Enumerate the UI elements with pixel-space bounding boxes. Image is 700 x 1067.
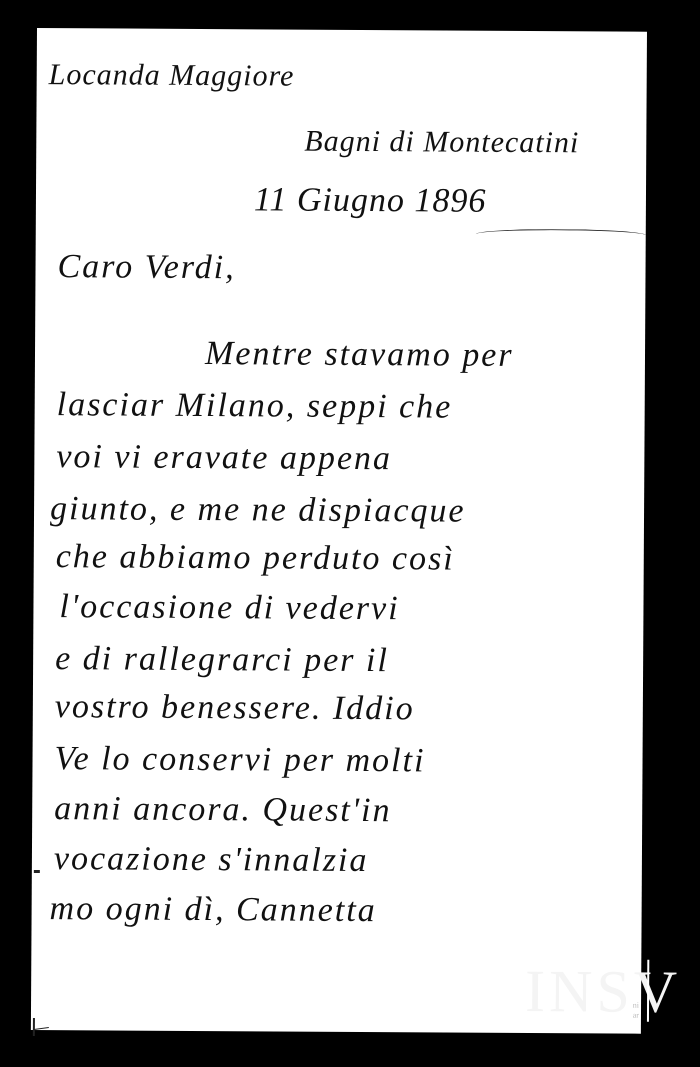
body-line-3: voi vi eravate appena bbox=[56, 438, 392, 478]
letter-date: 11 Giugno 1896 bbox=[254, 181, 487, 220]
letter-place: Bagni di Montecatini bbox=[304, 125, 579, 161]
letterhead-hotel: Locanda Maggiore bbox=[49, 58, 295, 94]
body-line-4: giunto, e me ne dispiacque bbox=[50, 490, 466, 531]
watermark-fine-print-1: ni bbox=[633, 1001, 639, 1010]
body-line-10: anni ancora. Quest'in bbox=[54, 790, 392, 830]
body-line-1: Mentre stavamo per bbox=[205, 335, 514, 375]
letter-salutation: Caro Verdi, bbox=[57, 248, 235, 287]
letter-paper: Locanda Maggiore Bagni di Montecatini 11… bbox=[31, 28, 647, 1034]
watermark-fine-print-2: ar bbox=[633, 1011, 639, 1020]
date-flourish bbox=[476, 229, 646, 241]
body-line-9: Ve lo conservi per molti bbox=[54, 740, 425, 780]
corner-tick bbox=[33, 1027, 49, 1030]
margin-mark bbox=[34, 870, 40, 873]
watermark-bar bbox=[647, 960, 649, 1022]
corner-mark bbox=[33, 1018, 35, 1036]
archive-watermark: INSV bbox=[525, 959, 635, 1024]
body-line-5: che abbiamo perduto così bbox=[56, 538, 455, 578]
body-line-11: vocazione s'innalzia bbox=[54, 840, 369, 880]
body-line-7: e di rallegrarci per il bbox=[55, 640, 389, 680]
body-line-12: mo ogni dì, Cannetta bbox=[50, 890, 377, 930]
body-line-8: vostro benessere. Iddio bbox=[55, 688, 415, 728]
body-line-6: l'occasione di vedervi bbox=[59, 588, 399, 628]
body-line-2: lasciar Milano, seppi che bbox=[57, 386, 453, 426]
